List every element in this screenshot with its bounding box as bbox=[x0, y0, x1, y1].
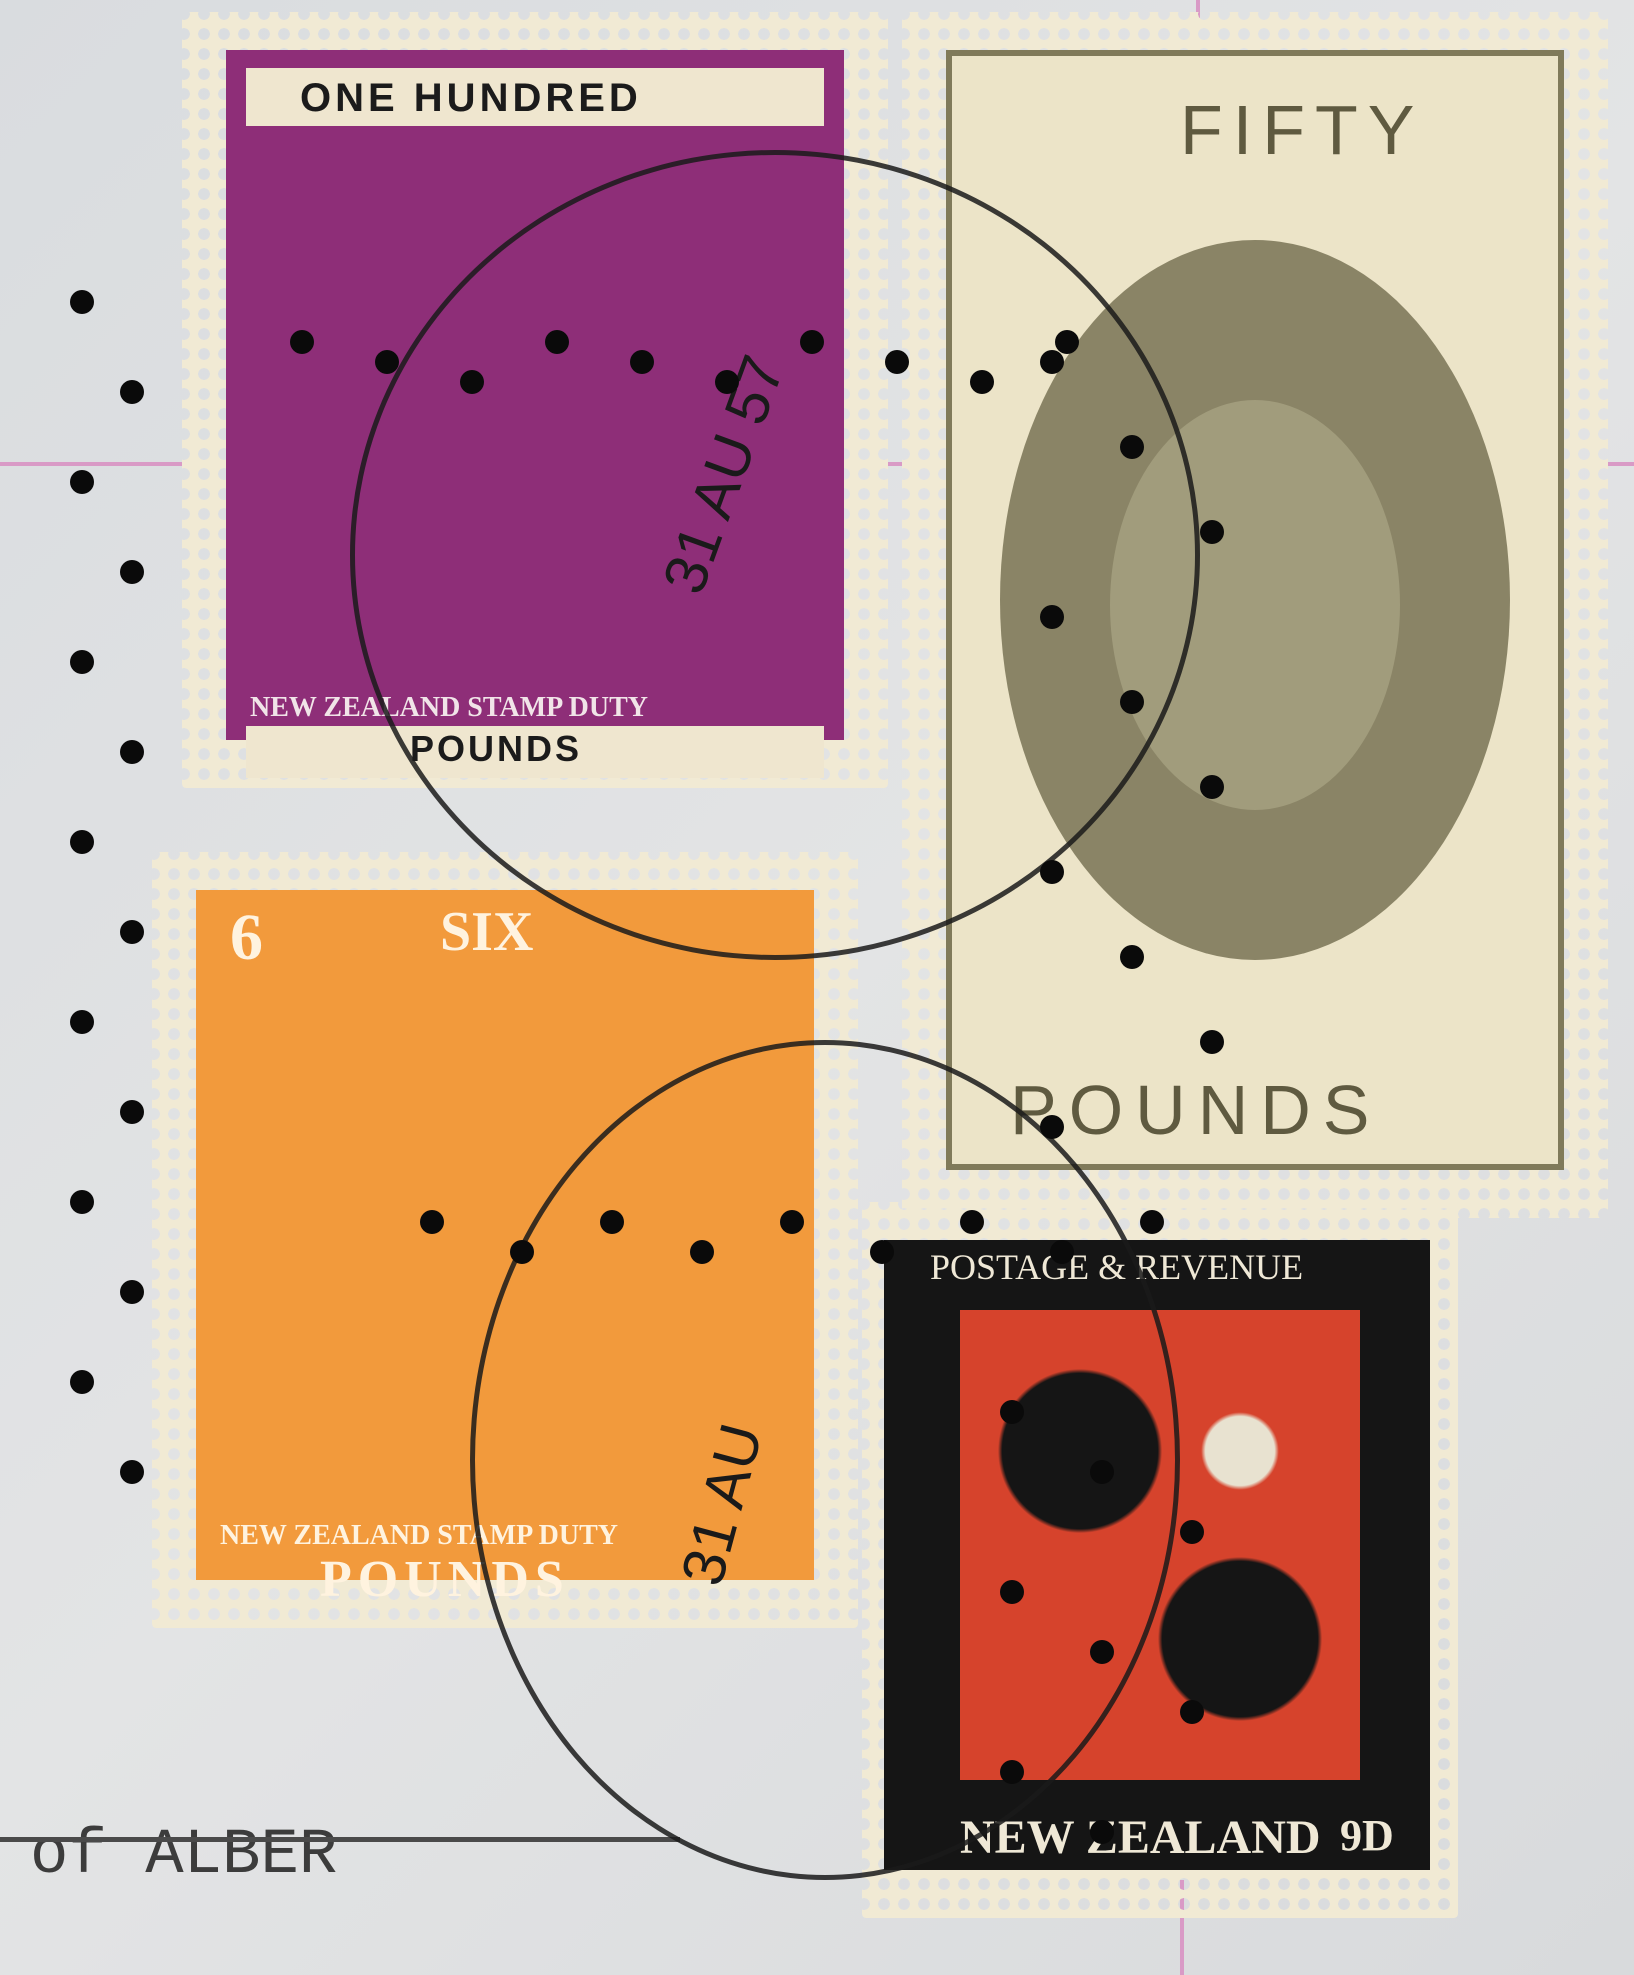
perforation-hole bbox=[120, 920, 144, 944]
perforation-hole bbox=[1040, 605, 1064, 629]
perforation-hole bbox=[1180, 1700, 1204, 1724]
perforation-hole bbox=[1055, 330, 1079, 354]
top-label: SIX bbox=[440, 900, 533, 964]
perforation-hole bbox=[1000, 1760, 1024, 1784]
perforation-hole bbox=[375, 350, 399, 374]
perforation-hole bbox=[1180, 1520, 1204, 1544]
perforation-hole bbox=[970, 370, 994, 394]
perforation-hole bbox=[120, 1460, 144, 1484]
corner-value: 6 bbox=[230, 900, 263, 976]
perforation-hole bbox=[1040, 350, 1064, 374]
perforation-hole bbox=[70, 650, 94, 674]
perforation-hole bbox=[1050, 1240, 1074, 1264]
perforation-hole bbox=[1090, 1640, 1114, 1664]
perforation-hole bbox=[800, 330, 824, 354]
perforation-hole bbox=[70, 830, 94, 854]
perforation-hole bbox=[1120, 945, 1144, 969]
perforation-hole bbox=[120, 1280, 144, 1304]
perforation-hole bbox=[120, 560, 144, 584]
perforation-hole bbox=[70, 1010, 94, 1034]
top-label: ONE HUNDRED bbox=[300, 76, 642, 121]
perforation-hole bbox=[1040, 1115, 1064, 1139]
document-text: of ALBER bbox=[30, 1820, 337, 1892]
perforation-hole bbox=[70, 1190, 94, 1214]
perforation-hole bbox=[510, 1240, 534, 1264]
underline-rule bbox=[0, 1837, 680, 1842]
postmark-upper bbox=[350, 150, 1200, 960]
value-label: 9D bbox=[1340, 1810, 1394, 1861]
postmark-lower bbox=[470, 1040, 1180, 1880]
perforation-hole bbox=[715, 370, 739, 394]
perforation-hole bbox=[870, 1240, 894, 1264]
perforation-hole bbox=[420, 1210, 444, 1234]
perforation-hole bbox=[1040, 860, 1064, 884]
perforation-hole bbox=[70, 470, 94, 494]
perforation-hole bbox=[960, 1210, 984, 1234]
perforation-hole bbox=[120, 380, 144, 404]
bottom-label: NEW ZEALAND bbox=[960, 1810, 1321, 1865]
perforation-hole bbox=[885, 350, 909, 374]
perforation-hole bbox=[630, 350, 654, 374]
perforation-hole bbox=[1200, 1030, 1224, 1054]
perforation-hole bbox=[1140, 1210, 1164, 1234]
perforation-hole bbox=[1200, 520, 1224, 544]
perforation-hole bbox=[1000, 1400, 1024, 1424]
perforation-hole bbox=[600, 1210, 624, 1234]
value-label: POUNDS bbox=[1010, 1070, 1381, 1150]
perforation-hole bbox=[460, 370, 484, 394]
perforation-hole bbox=[545, 330, 569, 354]
top-label: FIFTY bbox=[1180, 90, 1424, 170]
perforation-hole bbox=[120, 740, 144, 764]
perforation-hole bbox=[120, 1100, 144, 1124]
perforation-hole bbox=[70, 1370, 94, 1394]
perforation-hole bbox=[290, 330, 314, 354]
perforation-hole bbox=[1120, 690, 1144, 714]
perforation-hole bbox=[1200, 775, 1224, 799]
perforation-hole bbox=[780, 1210, 804, 1234]
perforation-hole bbox=[690, 1240, 714, 1264]
perforation-hole bbox=[1120, 435, 1144, 459]
perforation-hole bbox=[1090, 1820, 1114, 1844]
perforation-hole bbox=[70, 290, 94, 314]
perforation-hole bbox=[1000, 1580, 1024, 1604]
perforation-hole bbox=[1090, 1460, 1114, 1484]
